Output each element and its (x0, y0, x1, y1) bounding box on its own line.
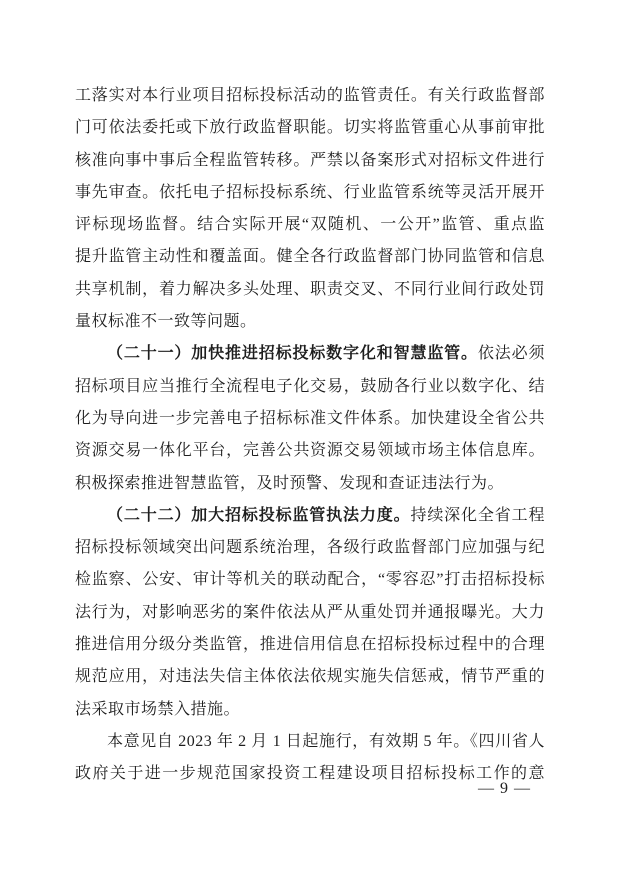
body-text: 招标投标领域突出问题系统治理，各级行政监督部门应加强与纪 (75, 539, 545, 556)
text-line: 政府关于进一步规范国家投资工程建设项目招标投标工作的意 (75, 758, 545, 790)
body-text: 招标项目应当推行全流程电子化交易，鼓励各行业以数字化、结构 (75, 378, 545, 403)
paragraph: （二十一）加快推进招标投标数字化和智慧监管。依法必须招标项目应当推行全流程电子化… (75, 338, 545, 499)
body-text: 工落实对本行业项目招标投标活动的监管责任。有关行政监督部 (75, 87, 545, 104)
body-text: 化为导向进一步完善电子招标标准文件体系。加快建设全省公共 (75, 410, 545, 427)
text-line: 门可依法委托或下放行政监督职能。切实将监管重心从事前审批 (75, 112, 545, 144)
text-line: （二十一）加快推进招标投标数字化和智慧监管。依法必须 (75, 338, 545, 370)
body-text: 事先审查。依托电子招标投标系统、行业监管系统等灵活开展开 (75, 184, 545, 201)
text-line: 核准向事中事后全程监管转移。严禁以备案形式对招标文件进行 (75, 145, 545, 177)
paragraph: （二十二）加大招标投标监管执法力度。持续深化全省工程招标投标领域突出问题系统治理… (75, 500, 545, 726)
text-line: 本意见自 2023 年 2 月 1 日起施行，有效期 5 年。《四川省人民 (75, 726, 545, 758)
body-text: 量权标准不一致等问题。 (75, 313, 257, 330)
text-line: 法采取市场禁入措施。 (75, 694, 545, 726)
body-text: 依法必须 (478, 345, 545, 362)
document-page: 工落实对本行业项目招标投标活动的监管责任。有关行政监督部门可依法委托或下放行政监… (0, 0, 617, 874)
body-text: 共享机制，着力解决多头处理、职责交叉、不同行业间行政处罚裁 (75, 281, 545, 306)
body-text: 评标现场监督。结合实际开展“双随机、一公开”监管、重点监管， (75, 216, 545, 241)
text-line: 法行为，对影响恶劣的案件依法从严从重处罚并通报曝光。大力 (75, 597, 545, 629)
paragraph: 本意见自 2023 年 2 月 1 日起施行，有效期 5 年。《四川省人民政府关… (75, 726, 545, 791)
text-line: 评标现场监督。结合实际开展“双随机、一公开”监管、重点监管， (75, 209, 545, 241)
body-text: 推进信用分级分类监管，推进信用信息在招标投标过程中的合理 (75, 636, 545, 653)
text-line: 招标项目应当推行全流程电子化交易，鼓励各行业以数字化、结构 (75, 371, 545, 403)
text-line: 资源交易一体化平台，完善公共资源交易领域市场主体信息库。 (75, 435, 545, 467)
text-line: 规范应用，对违法失信主体依法依规实施失信惩戒，情节严重的依 (75, 661, 545, 693)
body-text: 门可依法委托或下放行政监督职能。切实将监管重心从事前审批 (75, 119, 545, 136)
body-text: 积极探索推进智慧监管，及时预警、发现和查证违法行为。 (75, 475, 504, 492)
body-text: 规范应用，对违法失信主体依法依规实施失信惩戒，情节严重的依 (75, 668, 545, 693)
text-line: 事先审查。依托电子招标投标系统、行业监管系统等灵活开展开 (75, 177, 545, 209)
body-text: 核准向事中事后全程监管转移。严禁以备案形式对招标文件进行 (75, 152, 545, 169)
text-line: 化为导向进一步完善电子招标标准文件体系。加快建设全省公共 (75, 403, 545, 435)
text-line: 检监察、公安、审计等机关的联动配合，“零容忍”打击招标投标违 (75, 564, 545, 596)
body-text: 本意见自 2023 年 2 月 1 日起施行，有效期 5 年。《四川省人民 (75, 733, 545, 758)
paragraph: 工落实对本行业项目招标投标活动的监管责任。有关行政监督部门可依法委托或下放行政监… (75, 80, 545, 338)
body-text: 检监察、公安、审计等机关的联动配合，“零容忍”打击招标投标违 (75, 571, 545, 596)
body-text: 法采取市场禁入措施。 (75, 701, 240, 718)
text-line: 推进信用分级分类监管，推进信用信息在招标投标过程中的合理 (75, 629, 545, 661)
text-line: 提升监管主动性和覆盖面。健全各行政监督部门协同监管和信息 (75, 241, 545, 273)
text-line: 工落实对本行业项目招标投标活动的监管责任。有关行政监督部 (75, 80, 545, 112)
section-heading: （二十二）加大招标投标监管执法力度。 (107, 507, 410, 524)
text-line: 招标投标领域突出问题系统治理，各级行政监督部门应加强与纪 (75, 532, 545, 564)
text-line: 量权标准不一致等问题。 (75, 306, 545, 338)
text-line: 共享机制，着力解决多头处理、职责交叉、不同行业间行政处罚裁 (75, 274, 545, 306)
page-number: — 9 — (478, 779, 531, 799)
body-text: 资源交易一体化平台，完善公共资源交易领域市场主体信息库。 (75, 442, 545, 459)
body-text: 法行为，对影响恶劣的案件依法从严从重处罚并通报曝光。大力 (75, 604, 545, 621)
section-heading: （二十一）加快推进招标投标数字化和智慧监管。 (107, 345, 478, 362)
body-text: 提升监管主动性和覆盖面。健全各行政监督部门协同监管和信息 (75, 248, 545, 265)
body-text: 持续深化全省工程 (410, 507, 545, 524)
body-text: 政府关于进一步规范国家投资工程建设项目招标投标工作的意 (75, 765, 545, 782)
text-line: 积极探索推进智慧监管，及时预警、发现和查证违法行为。 (75, 468, 545, 500)
text-line: （二十二）加大招标投标监管执法力度。持续深化全省工程 (75, 500, 545, 532)
document-body: 工落实对本行业项目招标投标活动的监管责任。有关行政监督部门可依法委托或下放行政监… (75, 80, 545, 791)
